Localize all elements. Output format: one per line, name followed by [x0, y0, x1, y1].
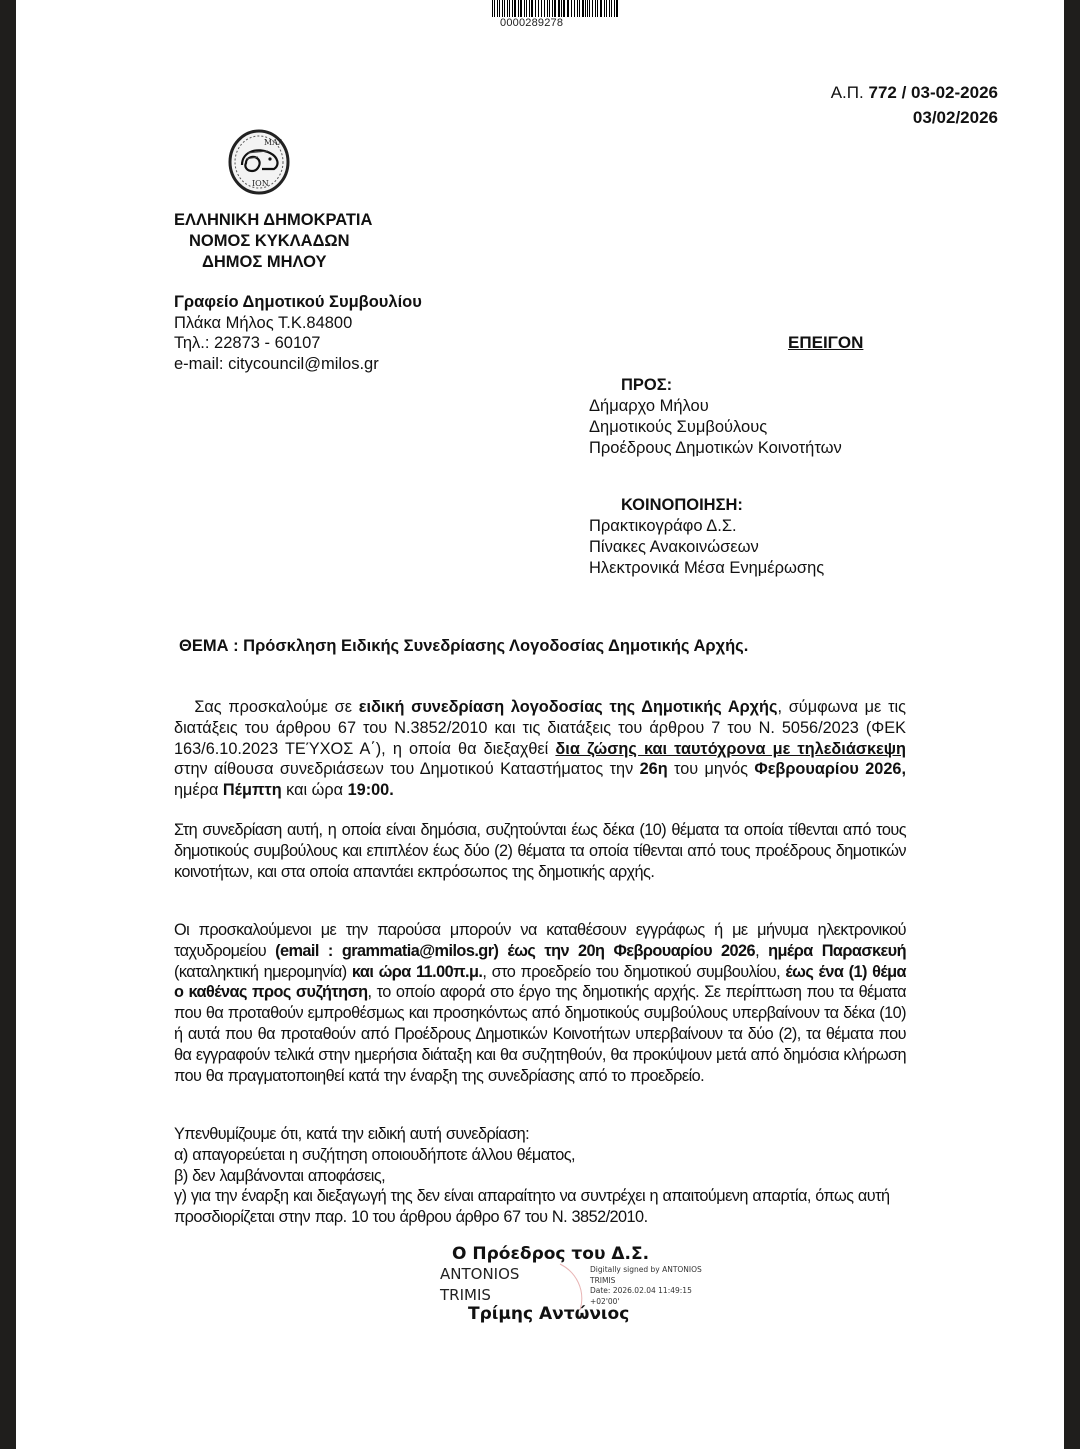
reminder-item: γ) για την έναρξη και διεξαγωγή της δεν … [174, 1186, 906, 1228]
svg-text:ΙΟΝ: ΙΟΝ [252, 179, 269, 188]
text-run: και ώρα [282, 781, 348, 799]
barcode-bar [579, 0, 580, 17]
recipient-item: Προέδρους Δημοτικών Κοινοτήτων [589, 438, 842, 459]
text-run-bold: (email : grammatia@milos.gr) έως την 20η… [275, 942, 755, 960]
barcode-bar [538, 0, 539, 17]
barcode-bar [571, 0, 573, 17]
digital-signed-by-cont: TRIMIS [590, 1276, 702, 1287]
office-contact-block: Γραφείο Δημοτικού Συμβουλίου Πλάκα Μήλος… [174, 292, 422, 374]
text-run: στην αίθουσα συνεδριάσεων του Δημοτικού … [174, 760, 640, 778]
barcode-bar [514, 0, 516, 17]
barcode-bar [600, 0, 602, 17]
barcode-bar [604, 0, 605, 17]
barcode-bar [554, 0, 556, 17]
barcode [492, 0, 620, 17]
barcode-bar [497, 0, 499, 17]
text-run-bold: και ώρα 11.00π.μ. [352, 963, 483, 981]
reminder-intro: Υπενθυμίζουμε ότι, κατά την ειδική αυτή … [174, 1124, 906, 1145]
municipality-line: ΔΗΜΟΣ ΜΗΛΟΥ [174, 252, 372, 273]
barcode-bar [544, 0, 545, 17]
barcode-bar [520, 0, 522, 17]
document-date: 03/02/2026 [913, 108, 998, 127]
protocol-prefix: Α.Π. [831, 83, 864, 102]
barcode-bar [563, 0, 565, 17]
barcode-bar [541, 0, 542, 17]
barcode-bar [499, 0, 500, 17]
paragraph-session-topics: Στη συνεδρίαση αυτή, η οποία είναι δημόσ… [174, 820, 906, 882]
barcode-bar [597, 0, 598, 17]
recipient-item: Δήμαρχο Μήλου [589, 396, 842, 417]
barcode-bar [507, 0, 508, 17]
barcode-bar [609, 0, 610, 17]
reminder-item: β) δεν λαμβάνονται αποφάσεις, [174, 1166, 906, 1187]
barcode-bar [574, 0, 575, 17]
barcode-number: 0000289278 [500, 17, 563, 29]
recipients-block: ΠΡΟΣ: Δήμαρχο Μήλου Δημοτικούς Συμβούλου… [589, 375, 842, 459]
barcode-bar [577, 0, 578, 17]
ancient-coin-ram-emblem-icon: ΜΑΛ ΙΟΝ [228, 129, 290, 195]
barcode-bar [606, 0, 608, 17]
barcode-bar [616, 0, 618, 17]
text-run-bold-underline: δια ζώσης και ταυτόχρονα με τηλεδιάσκεψη [555, 740, 906, 758]
barcode-bar [582, 0, 584, 17]
barcode-bar [494, 0, 495, 17]
document-page: 0000289278 Α.Π. 772 / 03-02-2026 03/02/2… [16, 0, 1064, 1449]
reminder-item: α) απαγορεύεται η συζήτηση οποιουδήποτε … [174, 1145, 906, 1166]
office-title: Γραφείο Δημοτικού Συμβουλίου [174, 292, 422, 313]
prefecture-line: ΝΟΜΟΣ ΚΥΚΛΑΔΩΝ [174, 231, 372, 252]
barcode-bar [552, 0, 553, 17]
text-run: ημέρα [174, 781, 223, 799]
signer-first-name: ANTONIOS [440, 1264, 519, 1285]
text-run: του μηνός [668, 760, 755, 778]
paragraph-submission: Οι προσκαλούμενοι με την παρούσα μπορούν… [174, 920, 906, 1086]
barcode-bar [614, 0, 615, 17]
barcode-bar [504, 0, 505, 17]
svg-text:ΜΑΛ: ΜΑΛ [264, 138, 284, 147]
office-address: Πλάκα Μήλος Τ.Κ.84800 [174, 313, 422, 334]
recipient-item: Δημοτικούς Συμβούλους [589, 417, 842, 438]
office-email[interactable]: e-mail: citycouncil@milos.gr [174, 354, 422, 375]
barcode-bar [592, 0, 593, 17]
text-run-bold: ειδική συνεδρίαση λογοδοσίας της Δημοτικ… [359, 698, 778, 716]
barcode-bar [535, 0, 536, 17]
digital-signature-info[interactable]: Digitally signed by ANTONIOS TRIMIS Date… [590, 1265, 702, 1307]
country-line: ΕΛΛΗΝΙΚΗ ΔΗΜΟΚΡΑΤΙΑ [174, 210, 372, 231]
urgent-label: ΕΠΕΙΓΟΝ [788, 333, 863, 353]
cc-label: ΚΟΙΝΟΠΟΙΗΣΗ: [589, 495, 824, 516]
text-run-bold: Πέμπτη [223, 781, 282, 799]
barcode-bar [529, 0, 530, 17]
signature-latin-name: ANTONIOS TRIMIS [440, 1264, 519, 1306]
issuer-header: ΕΛΛΗΝΙΚΗ ΔΗΜΟΚΡΑΤΙΑ ΝΟΜΟΣ ΚΥΚΛΑΔΩΝ ΔΗΜΟΣ… [174, 210, 372, 273]
text-run: (καταληκτική ημερομηνία) [174, 963, 352, 981]
cc-item: Πίνακες Ανακοινώσεων [589, 537, 824, 558]
protocol-number: 772 / 03-02-2026 [869, 83, 999, 102]
paragraph-reminders: Υπενθυμίζουμε ότι, κατά την ειδική αυτή … [174, 1124, 906, 1228]
barcode-bar [561, 0, 562, 17]
barcode-bar [492, 0, 493, 17]
text-run-bold: Φεβρουαρίου 2026, [754, 760, 906, 778]
text-run: Σας προσκαλούμε σε [194, 698, 358, 716]
digital-signature-date: Date: 2026.02.04 11:49:15 [590, 1286, 702, 1297]
barcode-bar [526, 0, 527, 17]
barcode-bar [531, 0, 533, 17]
barcode-bar [558, 0, 560, 17]
text-run-bold: 26η [640, 760, 668, 778]
barcode-bar [518, 0, 519, 17]
text-run-bold: ημέρα Παρασκευή [768, 942, 906, 960]
barcode-bar [585, 0, 586, 17]
barcode-bar [549, 0, 550, 17]
subject-line: ΘΕΜΑ : Πρόσκληση Ειδικής Συνεδρίασης Λογ… [179, 637, 748, 656]
cc-item: Ηλεκτρονικά Μέσα Ενημέρωσης [589, 558, 824, 579]
barcode-bar [589, 0, 590, 17]
text-run-bold: 19:00. [348, 781, 394, 799]
cc-block: ΚΟΙΝΟΠΟΙΗΣΗ: Πρακτικογράφο Δ.Σ. Πίνακες … [589, 495, 824, 579]
office-phone: Τηλ.: 22873 - 60107 [174, 333, 422, 354]
protocol-reference: Α.Π. 772 / 03-02-2026 03/02/2026 [831, 80, 998, 130]
barcode-bar [611, 0, 612, 17]
barcode-bar [587, 0, 588, 17]
signature-title: Ο Πρόεδρος του Δ.Σ. [452, 1244, 649, 1264]
barcode-bar [524, 0, 525, 17]
text-run: , στο προεδρείο του δημοτικού συμβουλίου… [482, 963, 785, 981]
barcode-bar [595, 0, 596, 17]
cc-item: Πρακτικογράφο Δ.Σ. [589, 516, 824, 537]
recipients-label: ΠΡΟΣ: [589, 375, 842, 396]
barcode-bar [567, 0, 569, 17]
signer-last-name: TRIMIS [440, 1285, 519, 1306]
barcode-bar [547, 0, 549, 17]
text-run: , [755, 942, 768, 960]
barcode-bar [502, 0, 503, 17]
paragraph-invitation: Σας προσκαλούμε σε ειδική συνεδρίαση λογ… [174, 697, 906, 801]
digital-signed-by: Digitally signed by ANTONIOS [590, 1265, 702, 1276]
barcode-bar [512, 0, 513, 17]
signer-greek-name: Τρίμης Αντώνιος [468, 1304, 629, 1324]
barcode-bar [509, 0, 510, 17]
